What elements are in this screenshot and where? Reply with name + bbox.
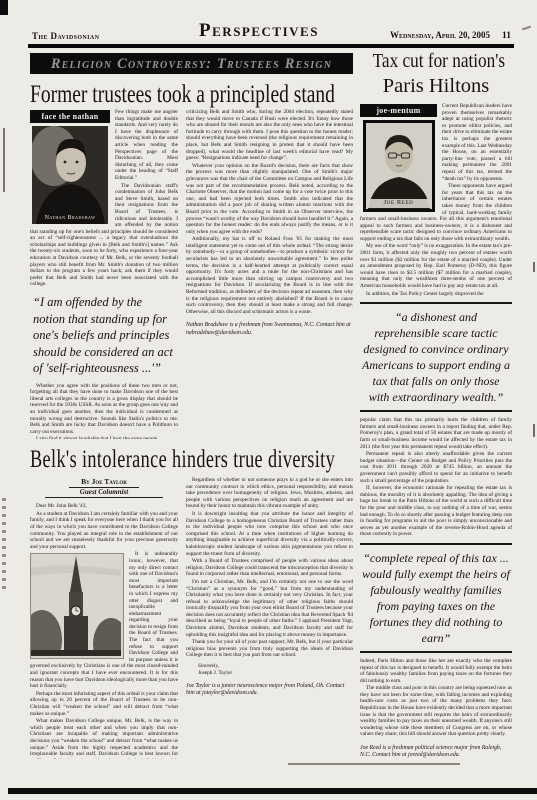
- paragraph: As a student at Davidson I am certainly …: [30, 511, 178, 551]
- trustees-column-1: face the nathan Nathan Bradshaw: [30, 109, 178, 439]
- byline-role: Guest Columnist: [45, 489, 163, 499]
- scan-edge-mark: [0, 0, 8, 15]
- paragraph: Indeed, Paris Hilton and those like her …: [360, 658, 512, 684]
- trustees-article: face the nathan Nathan Bradshaw: [30, 109, 353, 439]
- left-section: Religion Controversy: Trustees Resign Fo…: [30, 53, 353, 759]
- tax-headline-line2: Paris Hiltons: [383, 74, 490, 98]
- scan-edge-mark: [2, 498, 6, 594]
- closing-salutation: Sincerely,: [186, 663, 353, 670]
- letter-closing: Sincerely, Joseph J. Taylor: [186, 663, 353, 676]
- byline-block: By Joe Taylor Guest Columnist: [30, 479, 178, 498]
- tax-pull-quote-2: “complete repeal of this tax ... would f…: [360, 543, 512, 653]
- closing-name: Joseph J. Taylor: [186, 670, 353, 677]
- paragraph: With a Board of Trustees comprised of pe…: [186, 558, 353, 578]
- series-banner: Religion Controversy: Trustees Resign: [30, 53, 353, 74]
- right-section: Tax cut for nation's Paris Hiltons joe-m…: [360, 49, 512, 800]
- paragraph: Additionally, my hat is off to Roland Fo…: [186, 236, 353, 315]
- author-credit: Joe Taylor is a junior neuroscience majo…: [186, 683, 353, 697]
- paragraph: Dear Mr. John Belk '43,: [30, 503, 178, 510]
- paragraph: In addition, the Tax Policy Center large…: [360, 291, 512, 298]
- column-label: face the nathan: [30, 110, 110, 123]
- author-credit: Joe Reed is a freshman political science…: [360, 745, 512, 759]
- section-title: Perspectives: [182, 21, 336, 41]
- dateline: Wednesday, April 20, 200511: [336, 30, 511, 41]
- issue-date: Wednesday, April 20, 2005: [390, 30, 490, 40]
- tax-article: joe-mentum Joe Reed Current Repub: [360, 103, 512, 800]
- portrait-illustration: [32, 126, 108, 224]
- paragraph: What makes Davidson College unique, Mr. …: [30, 718, 178, 759]
- portrait-illustration: [366, 123, 432, 209]
- columnist-block-joe: joe-mentum Joe Reed: [360, 104, 437, 212]
- nathan-bradshaw-photo: Nathan Bradshaw: [32, 126, 108, 224]
- scan-bottom-bar: [8, 788, 537, 794]
- paragraph: Permanent repeal is also utterly unaffor…: [360, 451, 512, 484]
- paragraph: Whatever your opinion on the Board's dec…: [186, 163, 353, 236]
- paragraph: My use of the word “only” is no exaggera…: [360, 243, 512, 289]
- paragraph: Perhaps the most infuriating aspect of t…: [30, 691, 178, 717]
- paragraph: If, however, the economic rationale for …: [360, 485, 512, 538]
- photo-caption: Joe Reed: [366, 199, 432, 208]
- newspaper-page: The Davidsonian Perspectives Wednesday, …: [0, 0, 537, 800]
- belk-column-2: Regardless of whether or not someone pra…: [186, 477, 353, 759]
- tax-headline: Tax cut for nation's Paris Hiltons: [360, 49, 512, 99]
- columnist-block-nathan: face the nathan Nathan Bradshaw: [30, 110, 110, 224]
- paper-name: The Davidsonian: [32, 31, 182, 41]
- belk-column-1: By Joe Taylor Guest Columnist Dear Mr. J…: [30, 477, 178, 759]
- masthead: The Davidsonian Perspectives Wednesday, …: [32, 21, 511, 41]
- paragraph: Regardless of whether or not someone pra…: [186, 477, 353, 510]
- paragraph: Thank you for your all of your past supp…: [186, 639, 353, 659]
- masthead-rule: [28, 44, 514, 48]
- paragraph: I also find it almost laughable that I h…: [30, 436, 178, 439]
- page-number: 11: [502, 31, 511, 41]
- paragraph: It is downright insulting that you attri…: [186, 511, 353, 557]
- church-steeple-photo: [30, 553, 124, 659]
- steeple-illustration: [31, 554, 121, 656]
- belk-headline: Belk's intolerance hinders true diversit…: [30, 445, 353, 475]
- scan-edge-mark: [533, 424, 535, 437]
- scan-edge-mark: [522, 26, 531, 31]
- belk-article: By Joe Taylor Guest Columnist Dear Mr. J…: [30, 477, 353, 759]
- trustees-column-2: criticizing Belk and Smith who, during t…: [186, 109, 353, 439]
- paragraph: popular claim that this tax primarily hu…: [360, 417, 512, 450]
- byline-author: By Joe Taylor: [69, 479, 139, 488]
- scan-edge-mark: [533, 262, 535, 272]
- trustees-pull-quote: “I am offended by the notion that standi…: [33, 294, 176, 377]
- paragraph: The middle class and poor in this countr…: [360, 685, 512, 738]
- trustees-headline: Former trustees took a principled stand: [30, 78, 353, 106]
- paragraph: Whether you agree with the positions of …: [30, 383, 178, 436]
- tax-pull-quote-1: “a dishonest and reprehensible scare tac…: [360, 302, 512, 412]
- joe-reed-photo: Joe Reed: [363, 120, 435, 212]
- scan-edge-mark: [288, 763, 460, 765]
- paragraph: I'm not a Christian, Mr. Belk, and I'm c…: [186, 579, 353, 638]
- paragraph: criticizing Belk and Smith who, during t…: [186, 109, 353, 162]
- scan-edge-mark: [3, 128, 5, 192]
- photo-caption: Nathan Bradshaw: [32, 215, 108, 222]
- column-label: joe-mentum: [360, 104, 437, 117]
- author-credit: Nathan Bradshaw is a freshman from Swann…: [186, 322, 353, 336]
